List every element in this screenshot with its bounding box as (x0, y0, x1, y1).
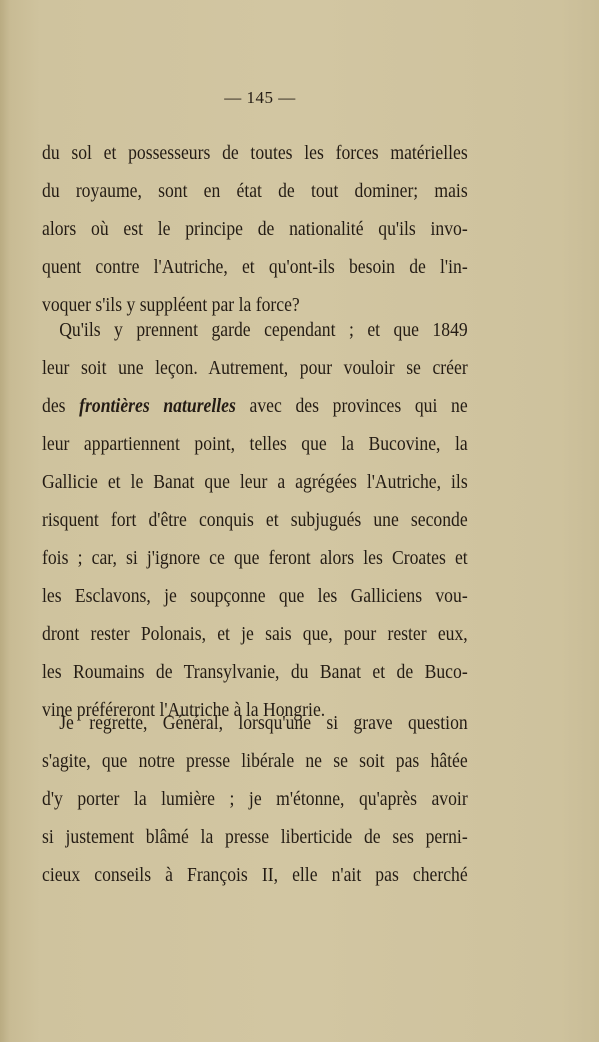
text-line: si justement blâmé la presse liberticide… (42, 818, 468, 856)
text-line: des frontières naturelles avec des provi… (42, 387, 468, 425)
text-line: Qu'ils y prennent garde cependant ; et q… (42, 311, 468, 349)
text-line: les Esclavons, je soupçonne que les Gall… (42, 577, 468, 615)
book-page: — 145 — du sol et possesseurs de toutes … (0, 0, 599, 1042)
italic-phrase: frontières naturelles (79, 395, 236, 417)
text-line: dront rester Polonais, et je sais que, p… (42, 615, 468, 653)
text-line: Je regrette, Général, lorsqu'une si grav… (42, 704, 468, 742)
text-line: cieux conseils à François II, elle n'ait… (42, 856, 468, 894)
text-line: d'y porter la lumière ; je m'étonne, qu'… (42, 780, 468, 818)
paragraph-2: Qu'ils y prennent garde cependant ; et q… (42, 311, 468, 729)
text-segment: avec des provinces qui ne (236, 395, 468, 417)
text-line: leur soit une leçon. Autrement, pour vou… (42, 349, 468, 387)
paragraph-1: du sol et possesseurs de toutes les forc… (42, 134, 468, 324)
text-line: quent contre l'Autriche, et qu'ont-ils b… (42, 248, 468, 286)
text-line: alors où est le principe de nationalité … (42, 210, 468, 248)
text-line: s'agite, que notre presse libérale ne se… (42, 742, 468, 780)
text-line: risquent fort d'être conquis et subjugué… (42, 501, 468, 539)
text-line: les Roumains de Transylvanie, du Banat e… (42, 653, 468, 691)
text-segment: des (42, 395, 79, 417)
text-line: Gallicie et le Banat que leur a agrégées… (42, 463, 468, 501)
text-line: leur appartiennent point, telles que la … (42, 425, 468, 463)
paragraph-3: Je regrette, Général, lorsqu'une si grav… (42, 704, 468, 894)
text-line: du sol et possesseurs de toutes les forc… (42, 134, 468, 172)
page-number: — 145 — (0, 88, 520, 108)
text-line: fois ; car, si j'ignore ce que feront al… (42, 539, 468, 577)
text-line: du royaume, sont en état de tout dominer… (42, 172, 468, 210)
